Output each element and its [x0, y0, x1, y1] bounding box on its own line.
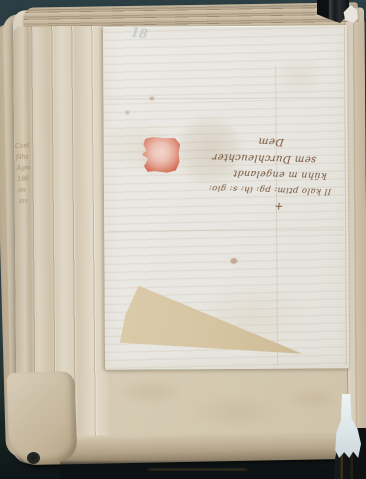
stain-spot	[149, 96, 154, 100]
upside-down-inscription: + Il kalo ptim: pg: ih: s: gio: kühn m e…	[219, 110, 339, 215]
stain-spot	[230, 258, 237, 264]
corner-worm-hole	[27, 452, 40, 464]
inscription-line: sem Durchleuchter	[224, 148, 318, 167]
stain-spot	[125, 111, 129, 115]
folio-number-mark: 18	[130, 25, 148, 42]
inscription-line: Il kalo ptim: pg: ih: s: gio:	[220, 180, 332, 199]
left-edge-script-notes: Cont fähs Agm 180 im inv	[15, 139, 54, 207]
bottom-left-corner-fold	[6, 371, 77, 465]
parchment-staining	[100, 372, 350, 438]
red-wax-seal	[139, 136, 181, 173]
white-letter-sheet: 18 + Il kalo ptim: pg: ih: s: gio: kühn …	[103, 25, 349, 369]
inscription-line: +	[219, 196, 285, 214]
inscription-line: Dem	[225, 132, 285, 150]
archival-manuscript-photo: 18 + Il kalo ptim: pg: ih: s: gio: kühn …	[0, 0, 366, 479]
margin-note-line: inv	[19, 194, 54, 207]
inscription-line: kühn m engelandt	[222, 164, 328, 183]
ground-shadow	[60, 460, 366, 479]
